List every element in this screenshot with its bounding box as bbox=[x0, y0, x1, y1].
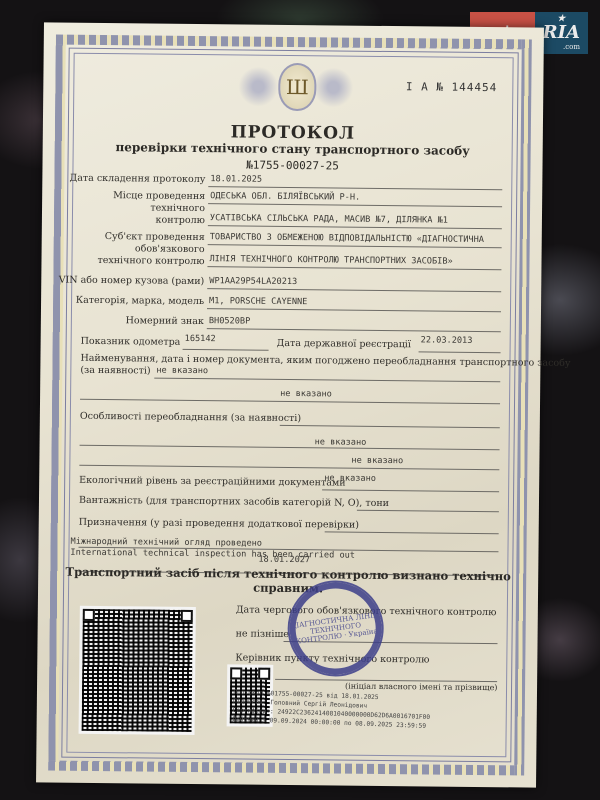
ornament-right-icon bbox=[313, 67, 353, 107]
serial-number: І А № 144454 bbox=[406, 80, 498, 94]
inspection-protocol-document: Ш І А № 144454 ПРОТОКОЛ перевірки техніч… bbox=[36, 22, 544, 787]
trident-icon: Ш bbox=[278, 63, 317, 111]
next-inspection-date: 18.01.2027 bbox=[258, 555, 310, 566]
qr-code-large bbox=[79, 606, 196, 735]
ornament-left-icon bbox=[238, 66, 278, 106]
verdict-statement: Транспортний засіб після технічного конт… bbox=[38, 564, 538, 597]
digital-signature-block: Протокол №01755-00027-25 від 18.01.2025 … bbox=[232, 688, 431, 731]
